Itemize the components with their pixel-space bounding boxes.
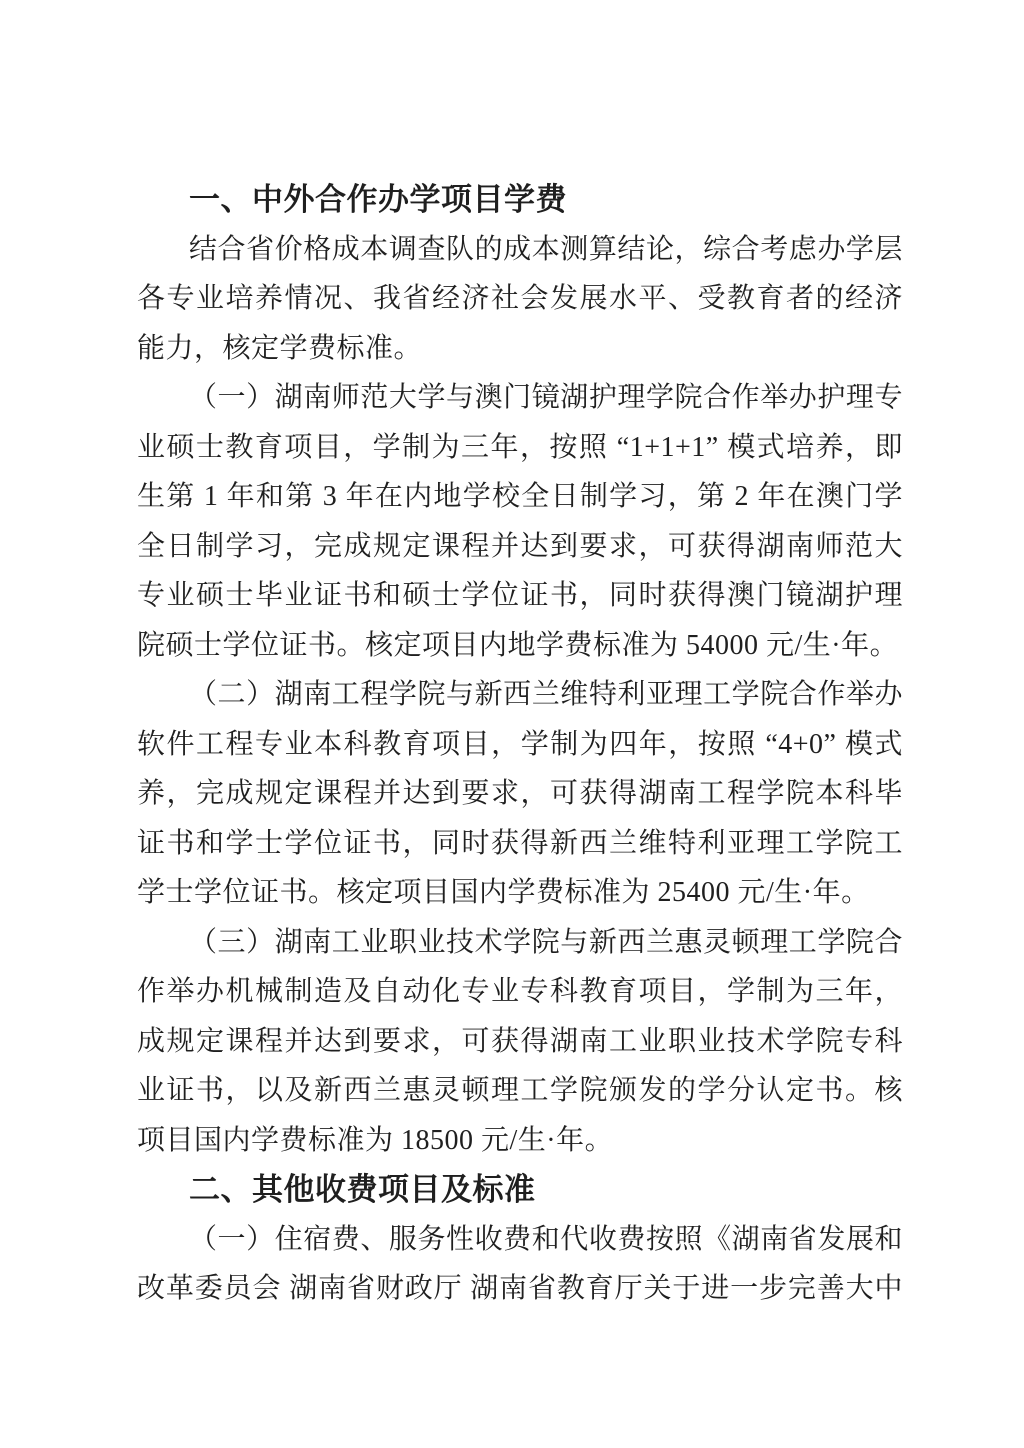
intro-paragraph-line: 能力，核定学费标准。	[137, 324, 903, 374]
intro-paragraph-line: 各专业培养情况、我省经济社会发展水平、受教育者的经济承受	[137, 274, 903, 324]
project-3-paragraph-line: 作举办机械制造及自动化专业专科教育项目，学制为三年，完	[137, 967, 903, 1017]
project-2-paragraph-line: （二）湖南工程学院与新西兰维特利亚理工学院合作举办	[137, 670, 903, 720]
project-3-fee-line: 项目国内学费标准为 18500 元/生·年。	[137, 1116, 903, 1166]
housing-paragraph-line: （一）住宿费、服务性收费和代收费按照《湖南省发展和	[137, 1215, 903, 1265]
project-1-paragraph-line: 生第 1 年和第 3 年在内地学校全日制学习，第 2 年在澳门学校	[137, 472, 903, 522]
document-text-block: 一、中外合作办学项目学费 结合省价格成本调查队的成本测算结论，综合考虑办学层次、…	[137, 175, 903, 1314]
project-2-fee-line: 学士学位证书。核定项目国内学费标准为 25400 元/生·年。	[137, 868, 903, 918]
project-1-paragraph-line: （一）湖南师范大学与澳门镜湖护理学院合作举办护理专	[137, 373, 903, 423]
project-1-fee-line: 院硕士学位证书。核定项目内地学费标准为 54000 元/生·年。	[137, 621, 903, 671]
housing-paragraph-line: 改革委员会 湖南省财政厅 湖南省教育厅关于进一步完善大中	[137, 1264, 903, 1314]
scanned-document-page: { "page": { "background_color": "#ffffff…	[0, 0, 1024, 1448]
project-2-paragraph-line: 证书和学士学位证书，同时获得新西兰维特利亚理工学院工学	[137, 819, 903, 869]
project-2-paragraph-line: 软件工程专业本科教育项目，学制为四年，按照 “4+0” 模式培	[137, 720, 903, 770]
project-1-paragraph-line: 业硕士教育项目，学制为三年，按照 “1+1+1” 模式培养，即学	[137, 423, 903, 473]
section-1-heading: 一、中外合作办学项目学费	[137, 175, 903, 225]
project-1-paragraph-line: 专业硕士毕业证书和硕士学位证书，同时获得澳门镜湖护理学	[137, 571, 903, 621]
project-3-paragraph-line: （三）湖南工业职业技术学院与新西兰惠灵顿理工学院合	[137, 918, 903, 968]
project-1-paragraph-line: 全日制学习，完成规定课程并达到要求，可获得湖南师范大学	[137, 522, 903, 572]
section-2-heading: 二、其他收费项目及标准	[137, 1165, 903, 1215]
project-3-paragraph-line: 成规定课程并达到要求，可获得湖南工业职业技术学院专科毕	[137, 1017, 903, 1067]
project-3-paragraph-line: 业证书，以及新西兰惠灵顿理工学院颁发的学分认定书。核定	[137, 1066, 903, 1116]
project-2-paragraph-line: 养，完成规定课程并达到要求，可获得湖南工程学院本科毕业	[137, 769, 903, 819]
intro-paragraph-line: 结合省价格成本调查队的成本测算结论，综合考虑办学层次、	[137, 225, 903, 275]
